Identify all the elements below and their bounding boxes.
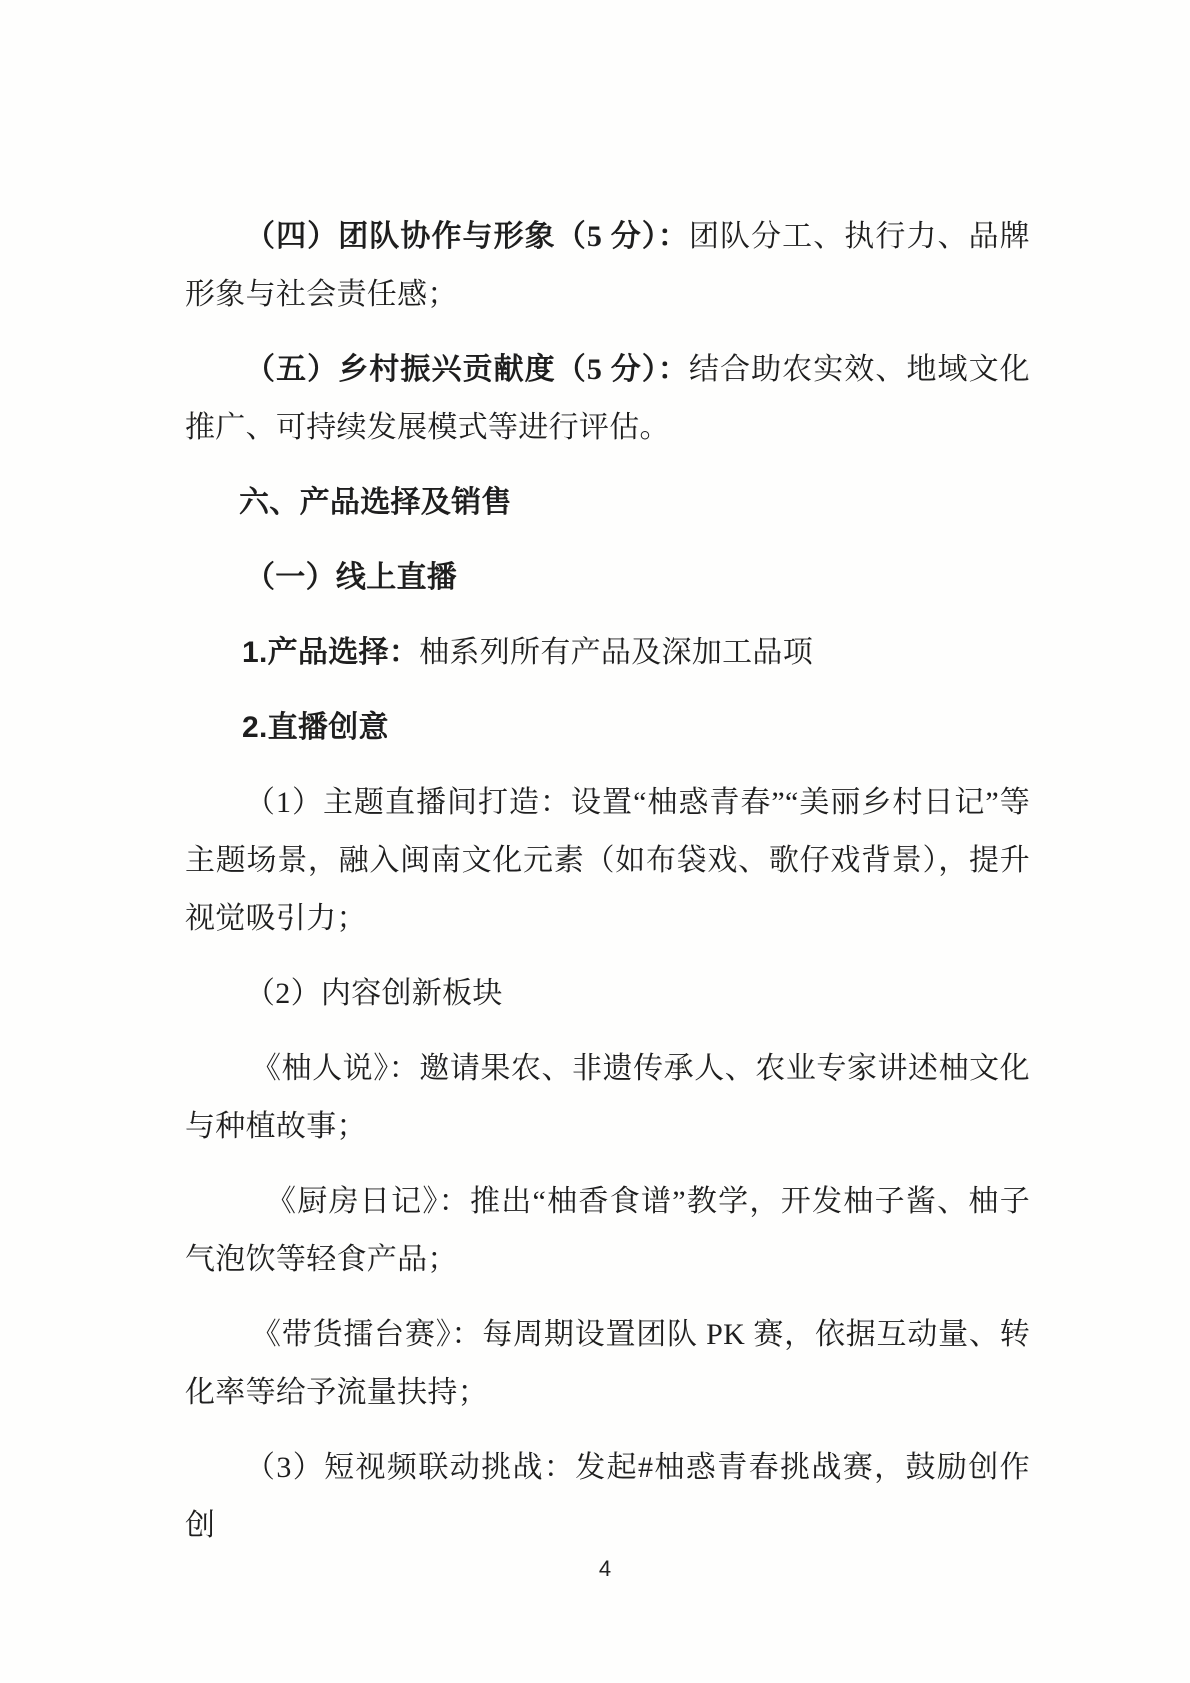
para-criterion-5-rural-revitalization: （五）乡村振兴贡献度（5 分）：结合助农实效、地域文化推广、可持续发展模式等进行… (185, 341, 1030, 457)
para-program-sales-arena: 《带货擂台赛》：每周期设置团队 PK 赛，依据互动量、转化率等给予流量扶持； (185, 1306, 1030, 1422)
text-segment: 柚系列所有产品及深加工品项 (419, 636, 813, 669)
heading-6-1-online-livestream: （一）线上直播 (185, 549, 1030, 607)
text-segment: （一）线上直播 (245, 561, 457, 594)
text-segment: 2.直播创意 (242, 711, 389, 744)
text-segment: 《带货擂台赛》：每周期设置团队 PK 赛，依据互动量、转化率等给予流量扶持； (185, 1318, 1030, 1409)
para-criterion-4-teamwork: （四）团队协作与形象（5 分）：团队分工、执行力、品牌形象与社会责任感； (185, 208, 1030, 324)
document-page: （四）团队协作与形象（5 分）：团队分工、执行力、品牌形象与社会责任感；（五）乡… (0, 0, 1190, 1683)
para-3-short-video-challenge: （3）短视频联动挑战：发起#柚惑青春挑战赛，鼓励创作创 (185, 1439, 1030, 1555)
text-segment: （3）短视频联动挑战：发起#柚惑青春挑战赛，鼓励创作创 (185, 1451, 1030, 1542)
text-segment: 六、产品选择及销售 (239, 486, 512, 519)
text-segment: （1）主题直播间打造：设置“柚惑青春”“美丽乡村日记”等主题场景，融入闽南文化元… (185, 786, 1030, 935)
item-1-product-selection: 1.产品选择：柚系列所有产品及深加工品项 (185, 624, 1030, 682)
para-2-content-innovation: （2）内容创新板块 (185, 965, 1030, 1023)
para-program-kitchen-diary: 《厨房日记》：推出“柚香食谱”教学，开发柚子酱、柚子气泡饮等轻食产品； (185, 1173, 1030, 1289)
heading-section-6-product-selection-and-sales: 六、产品选择及销售 (185, 474, 1030, 532)
text-segment: （四）团队协作与形象（5 分）： (245, 220, 689, 253)
page-number: 4 (0, 1556, 1190, 1582)
text-segment: 《厨房日记》：推出“柚香食谱”教学，开发柚子酱、柚子气泡饮等轻食产品； (185, 1185, 1030, 1276)
text-segment: 《柚人说》：邀请果农、非遗传承人、农业专家讲述柚文化与种植故事； (185, 1052, 1030, 1143)
para-program-youren-shuo: 《柚人说》：邀请果农、非遗传承人、农业专家讲述柚文化与种植故事； (185, 1040, 1030, 1156)
document-body: （四）团队协作与形象（5 分）：团队分工、执行力、品牌形象与社会责任感；（五）乡… (185, 208, 1030, 1572)
para-1-theme-studio: （1）主题直播间打造：设置“柚惑青春”“美丽乡村日记”等主题场景，融入闽南文化元… (185, 774, 1030, 948)
item-2-livestream-creativity: 2.直播创意 (185, 699, 1030, 757)
text-segment: （2）内容创新板块 (245, 977, 503, 1010)
text-segment: 1.产品选择： (242, 636, 419, 669)
text-segment: （五）乡村振兴贡献度（5 分）： (245, 353, 689, 386)
